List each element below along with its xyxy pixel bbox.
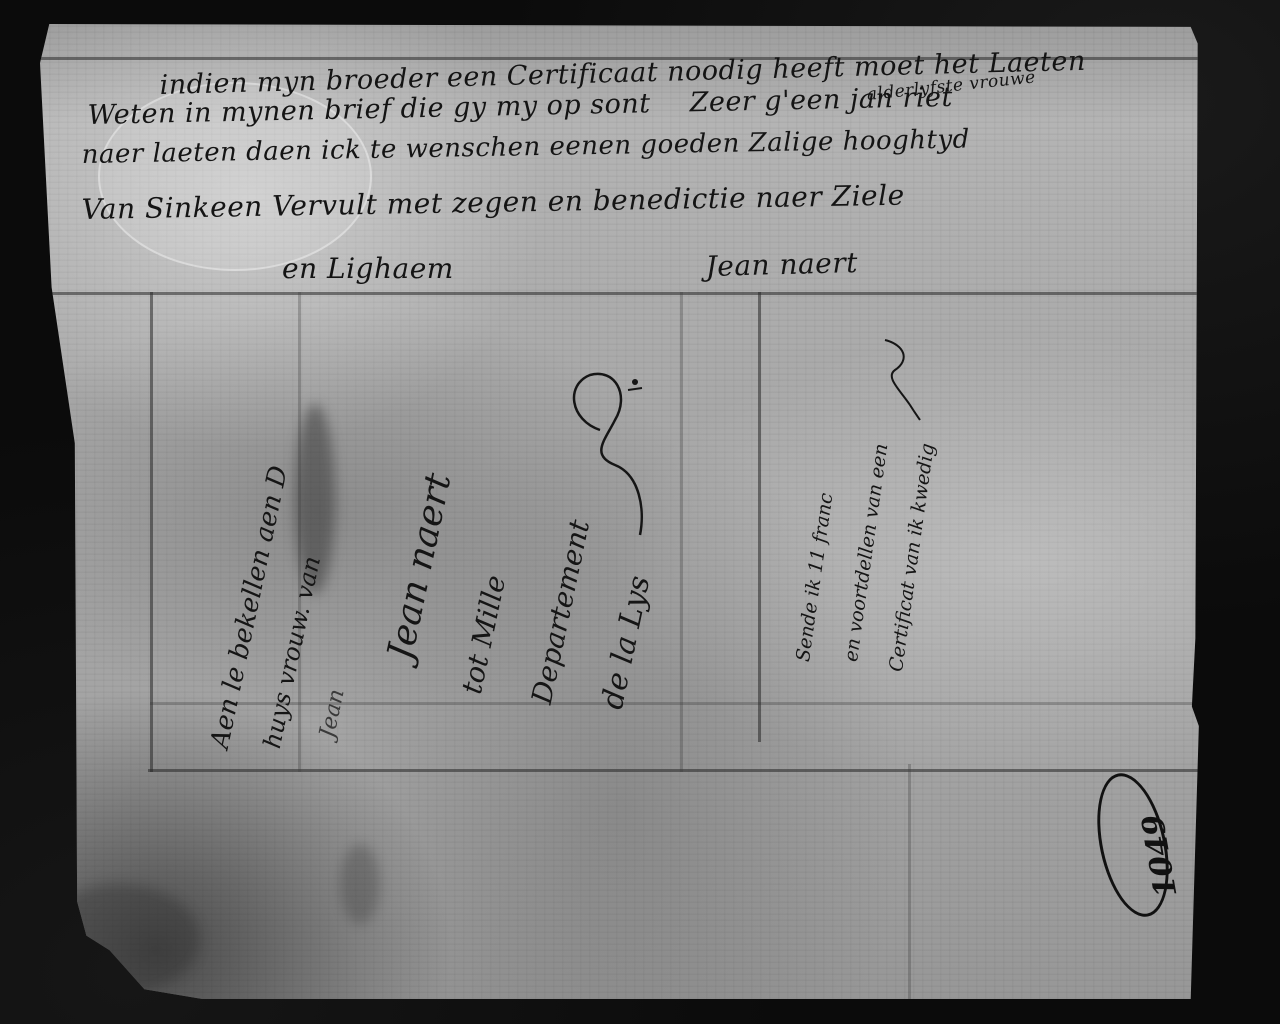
fold-line-left — [150, 292, 153, 772]
letter-line-5: en Lighaem — [282, 252, 454, 285]
signature: Jean naert — [705, 246, 858, 283]
ink-flourish-icon — [560, 360, 670, 550]
ink-stain — [340, 844, 380, 924]
fold-line-middle — [150, 702, 1200, 705]
letter-line-2-tail: Zeer g'een jan riet — [689, 82, 953, 119]
fold-line-right — [758, 292, 761, 742]
note-flourish-icon — [880, 335, 930, 425]
fold-line-lower — [148, 769, 1200, 772]
fold-crease-bottom — [908, 764, 911, 999]
fold-line-upper — [40, 292, 1200, 295]
fold-line-center — [680, 292, 683, 772]
